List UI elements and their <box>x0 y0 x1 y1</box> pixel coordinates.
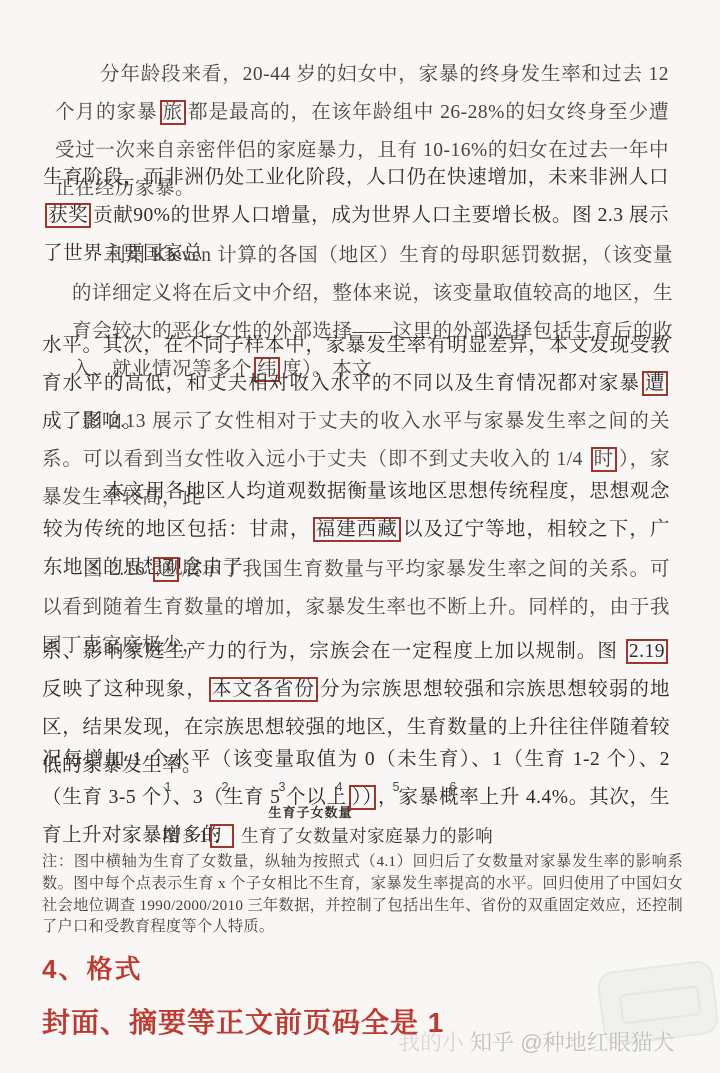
error-highlight-box: 时 <box>591 447 617 472</box>
figure-caption: 图 5.1： 生育了女数量对家庭暴力的影响 <box>162 821 493 851</box>
x-tick-label: 2 <box>222 780 229 794</box>
x-axis-tick: 6 <box>443 780 463 794</box>
watermark-logo-inner <box>619 985 702 1025</box>
error-highlight-box: ： <box>210 824 234 848</box>
text-segment: 生育阶段，而非洲仍处工业化阶段，人口仍在快速增加，未来非洲人口 <box>43 167 669 188</box>
x-axis-tick: 1 <box>158 780 178 794</box>
x-tick-label: 6 <box>450 780 457 794</box>
x-axis-tick: 5 <box>386 780 406 794</box>
error-highlight-box: 本文各省份 <box>209 677 318 702</box>
x-axis-tick: 4 <box>329 780 349 794</box>
figure-note: 注：图中横轴为生育了女数量，纵轴为按照式（4.1）回归后了女数量对家暴发生率的影… <box>42 851 683 938</box>
x-axis-tick: 3 <box>272 780 292 794</box>
watermark-faint-prefix: 我的小 <box>398 1030 464 1055</box>
watermark-text: 我的小 知乎 @种地红眼猫犬 <box>398 1026 710 1057</box>
x-tick-label: 4 <box>336 780 343 794</box>
text-segment: 图 2.13 展示了女性相对于丈夫的收入水平与家暴发生率之间的关系。可以看到当女… <box>42 411 670 470</box>
error-highlight-box: 获奖 <box>45 203 91 228</box>
text-segment: 图 2.16 <box>83 559 151 580</box>
error-highlight-box: 旅 <box>160 100 187 125</box>
x-tick-label: 1 <box>165 780 172 794</box>
text-segment: 系、影响家庭生产力的行为，宗族会在一定程度上加以规制。图 <box>42 641 624 662</box>
issue-heading-page-numbers: 封面、摘要等正文前页码全是 1 <box>42 1001 444 1041</box>
text-segment: 生育了女数量对家庭暴力的影响 <box>236 826 493 846</box>
error-highlight-box: 福建西藏 <box>313 517 401 542</box>
figure-x-axis-label: 生育子女数量 <box>168 802 453 821</box>
document-page: 分年龄段来看，20-44 岁的妇女中，家暴的终身发生率和过去 12 个月的家暴旅… <box>0 0 720 1073</box>
section-heading-format: 4、格式 <box>42 949 142 986</box>
x-axis-tick: 2 <box>215 780 235 794</box>
text-segment: 图 5.1 <box>162 826 208 846</box>
text-segment: 反映了这种现象， <box>42 679 207 700</box>
watermark-zhihu-credit: 知乎 @种地红眼猫犬 <box>470 1030 674 1055</box>
text-segment: 水平。其次，在不同子样本中，家暴发生率有明显差异，本文发现受教育水平的高低，和丈… <box>42 335 670 394</box>
x-tick-label: 3 <box>279 780 286 794</box>
error-highlight-box: 2.19 <box>626 639 668 664</box>
x-tick-label: 5 <box>393 780 400 794</box>
error-highlight-box: 通 <box>153 557 179 582</box>
error-highlight-box: 遭 <box>642 371 668 396</box>
